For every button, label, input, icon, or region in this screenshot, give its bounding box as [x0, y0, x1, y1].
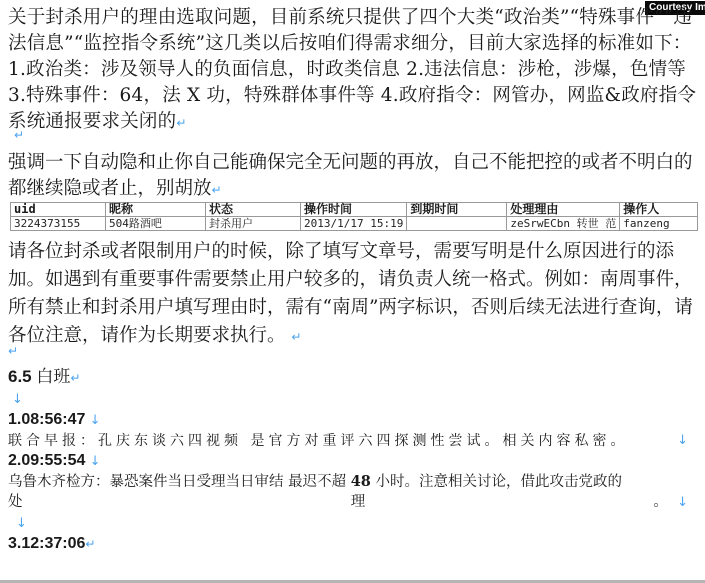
table-header-row: uid 昵称 状态 操作时间 到期时间 处理理由 操作人	[11, 203, 698, 217]
ban-record-table: uid 昵称 状态 操作时间 到期时间 处理理由 操作人 3224373155 …	[10, 202, 698, 231]
shift-log: 6.5 白班↵ ↓ 1.08:56:47 ↓ 联合早报：孔庆东谈六四视频 是官方…	[8, 366, 698, 554]
timestamp: 2.09:55:54	[8, 452, 85, 469]
line-break: ↓	[8, 513, 698, 534]
line-break-icon: ↓	[16, 516, 27, 531]
empty-paragraph: ↵	[8, 340, 18, 359]
col-uid: uid	[11, 203, 106, 217]
log-entry-2-text: 乌鲁木齐检方：暴恐案件当日受理当日审结 最迟不超 48 小时。注意相关讨论，借此…	[8, 472, 698, 492]
shift-date: 6.5	[8, 367, 32, 386]
log-entry-2-wrap: 处理。 ↓	[8, 492, 688, 513]
cell-operator: fanzeng	[620, 217, 698, 231]
col-nickname: 昵称	[106, 203, 206, 217]
paragraph-mark-icon: ↵	[176, 116, 186, 130]
entry-text-a: 暴恐案件当日受理当日审结 最迟不超	[110, 474, 351, 490]
paragraph-mark-icon: ↵	[14, 128, 24, 142]
entry-text: 孔庆东谈六四视频 是官方对重评六四探测性尝试。相关内容私密。	[98, 433, 628, 449]
paragraph-mark-icon: ↵	[8, 344, 18, 358]
cell-op-time: 2013/1/17 15:19	[301, 217, 407, 231]
log-entry-1-text: 联合早报：孔庆东谈六四视频 是官方对重评六四探测性尝试。相关内容私密。↓	[8, 431, 688, 451]
wrap-char: 。	[653, 494, 668, 510]
paragraph-format-requirements: 请各位封杀或者限制用户的时候，除了填写文章号，需要写明是什么原因进行的添加。如遇…	[8, 238, 698, 351]
cell-reason: zeSrwECbn 转世 范	[507, 217, 620, 231]
cell-uid: 3224373155	[11, 217, 106, 231]
empty-paragraph: ↵	[14, 124, 24, 143]
line-break-icon: ↓	[90, 454, 101, 469]
document-page: Courtesy Ima 关于封杀用户的理由选取问题，目前系统只提供了四个大类“…	[0, 0, 705, 580]
wrap-char: 处	[8, 492, 23, 513]
col-op-time: 操作时间	[301, 203, 407, 217]
log-entry-2-time: 2.09:55:54 ↓	[8, 451, 698, 472]
col-status: 状态	[206, 203, 301, 217]
cell-status: 封杀用户	[206, 217, 301, 231]
shift-label: 白班	[36, 367, 70, 386]
source-label: 联合早报：	[8, 433, 98, 449]
entry-text-b: 小时。注意相关讨论，借此攻击党政的	[371, 474, 622, 490]
col-reason: 处理理由	[507, 203, 620, 217]
paragraph-text: 关于封杀用户的理由选取问题，目前系统只提供了四个大类“政治类”“特殊事件”“违法…	[8, 7, 696, 132]
timestamp: 1.08:56:47	[8, 411, 85, 428]
source-label: 乌鲁木齐检方：	[8, 474, 110, 490]
paragraph-text: 强调一下自动隐和止你自己能确保完全无问题的再放，自己不能把控的或者不明白的都继续…	[8, 152, 693, 199]
paragraph-mark-icon: ↵	[212, 183, 222, 197]
paragraph-mark-icon: ↵	[291, 330, 301, 344]
cell-nickname: 504路酒吧	[106, 217, 206, 231]
log-entry-3-time: 3.12:37:06↵	[8, 534, 698, 554]
paragraph-text: 请各位封杀或者限制用户的时候，除了填写文章号，需要写明是什么原因进行的添加。如遇…	[8, 241, 693, 346]
col-operator: 操作人	[620, 203, 698, 217]
line-break-icon: ↓	[90, 413, 101, 428]
table-row: 3224373155 504路酒吧 封杀用户 2013/1/17 15:19 z…	[11, 217, 698, 231]
line-break: ↓	[8, 389, 698, 410]
shift-heading: 6.5 白班↵	[8, 366, 698, 389]
entry-number: 48	[351, 473, 371, 490]
line-break-icon: ↓	[12, 392, 23, 407]
wrap-char: 理	[351, 492, 366, 513]
line-break-icon: ↓	[677, 431, 688, 451]
log-entry-1-time: 1.08:56:47 ↓	[8, 410, 698, 431]
line-break-icon: ↓	[677, 495, 688, 510]
timestamp: 3.12:37:06	[8, 535, 85, 552]
paragraph-hide-instructions: 强调一下自动隐和止你自己能确保完全无问题的再放，自己不能把控的或者不明白的都继续…	[8, 150, 698, 203]
paragraph-ban-reasons: 关于封杀用户的理由选取问题，目前系统只提供了四个大类“政治类”“特殊事件”“违法…	[8, 5, 698, 136]
cell-expire-time	[407, 217, 507, 231]
paragraph-mark-icon: ↵	[85, 537, 95, 551]
col-expire-time: 到期时间	[407, 203, 507, 217]
paragraph-mark-icon: ↵	[70, 371, 80, 385]
